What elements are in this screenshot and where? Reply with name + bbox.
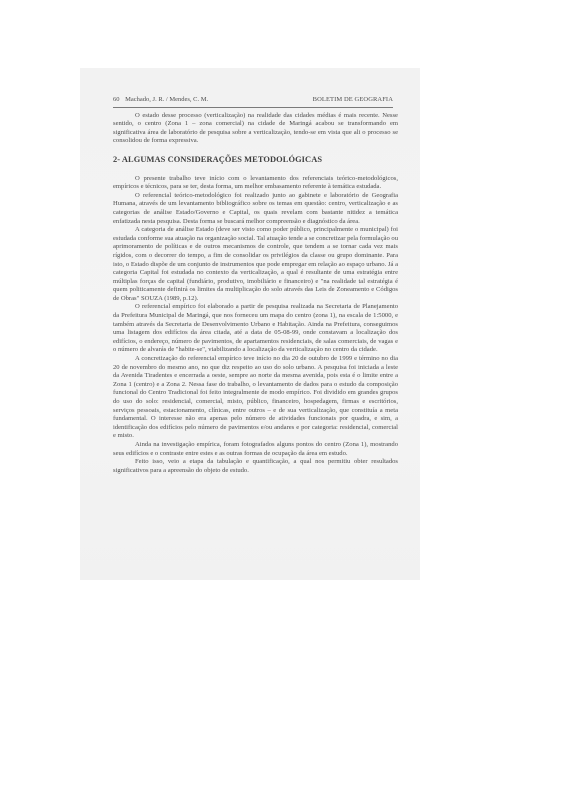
page-number: 60 [113,96,120,103]
header-journal: BOLETIM DE GEOGRAFIA [313,96,393,105]
paragraph-2: O referencial teórico-metodológico foi r… [113,192,398,226]
paragraph-1: O presente trabalho teve início com o le… [113,175,398,192]
paragraph-3: A categoria de análise Estado (deve ser … [113,226,398,303]
paragraph-5: A concretização do referencial empírico … [113,355,398,441]
paragraph-4: O referencial empírico foi elaborado a p… [113,303,398,355]
running-header: 60 Machado, J. R. / Mendes, C. M. BOLETI… [113,96,393,108]
header-authors: Machado, J. R. / Mendes, C. M. [125,96,208,103]
section-title: 2- ALGUMAS CONSIDERAÇÕES METODOLÓGICAS [113,156,398,165]
intro-paragraph: O estado desse processo (verticalização)… [113,112,398,146]
paragraph-6: Ainda na investigação empírica, foram fo… [113,441,398,458]
header-left: 60 Machado, J. R. / Mendes, C. M. [113,96,212,105]
scanned-page: 60 Machado, J. R. / Mendes, C. M. BOLETI… [80,68,420,580]
paragraph-7: Feito isso, veio a etapa da tabulação e … [113,458,398,475]
page-content: 60 Machado, J. R. / Mendes, C. M. BOLETI… [113,96,398,475]
